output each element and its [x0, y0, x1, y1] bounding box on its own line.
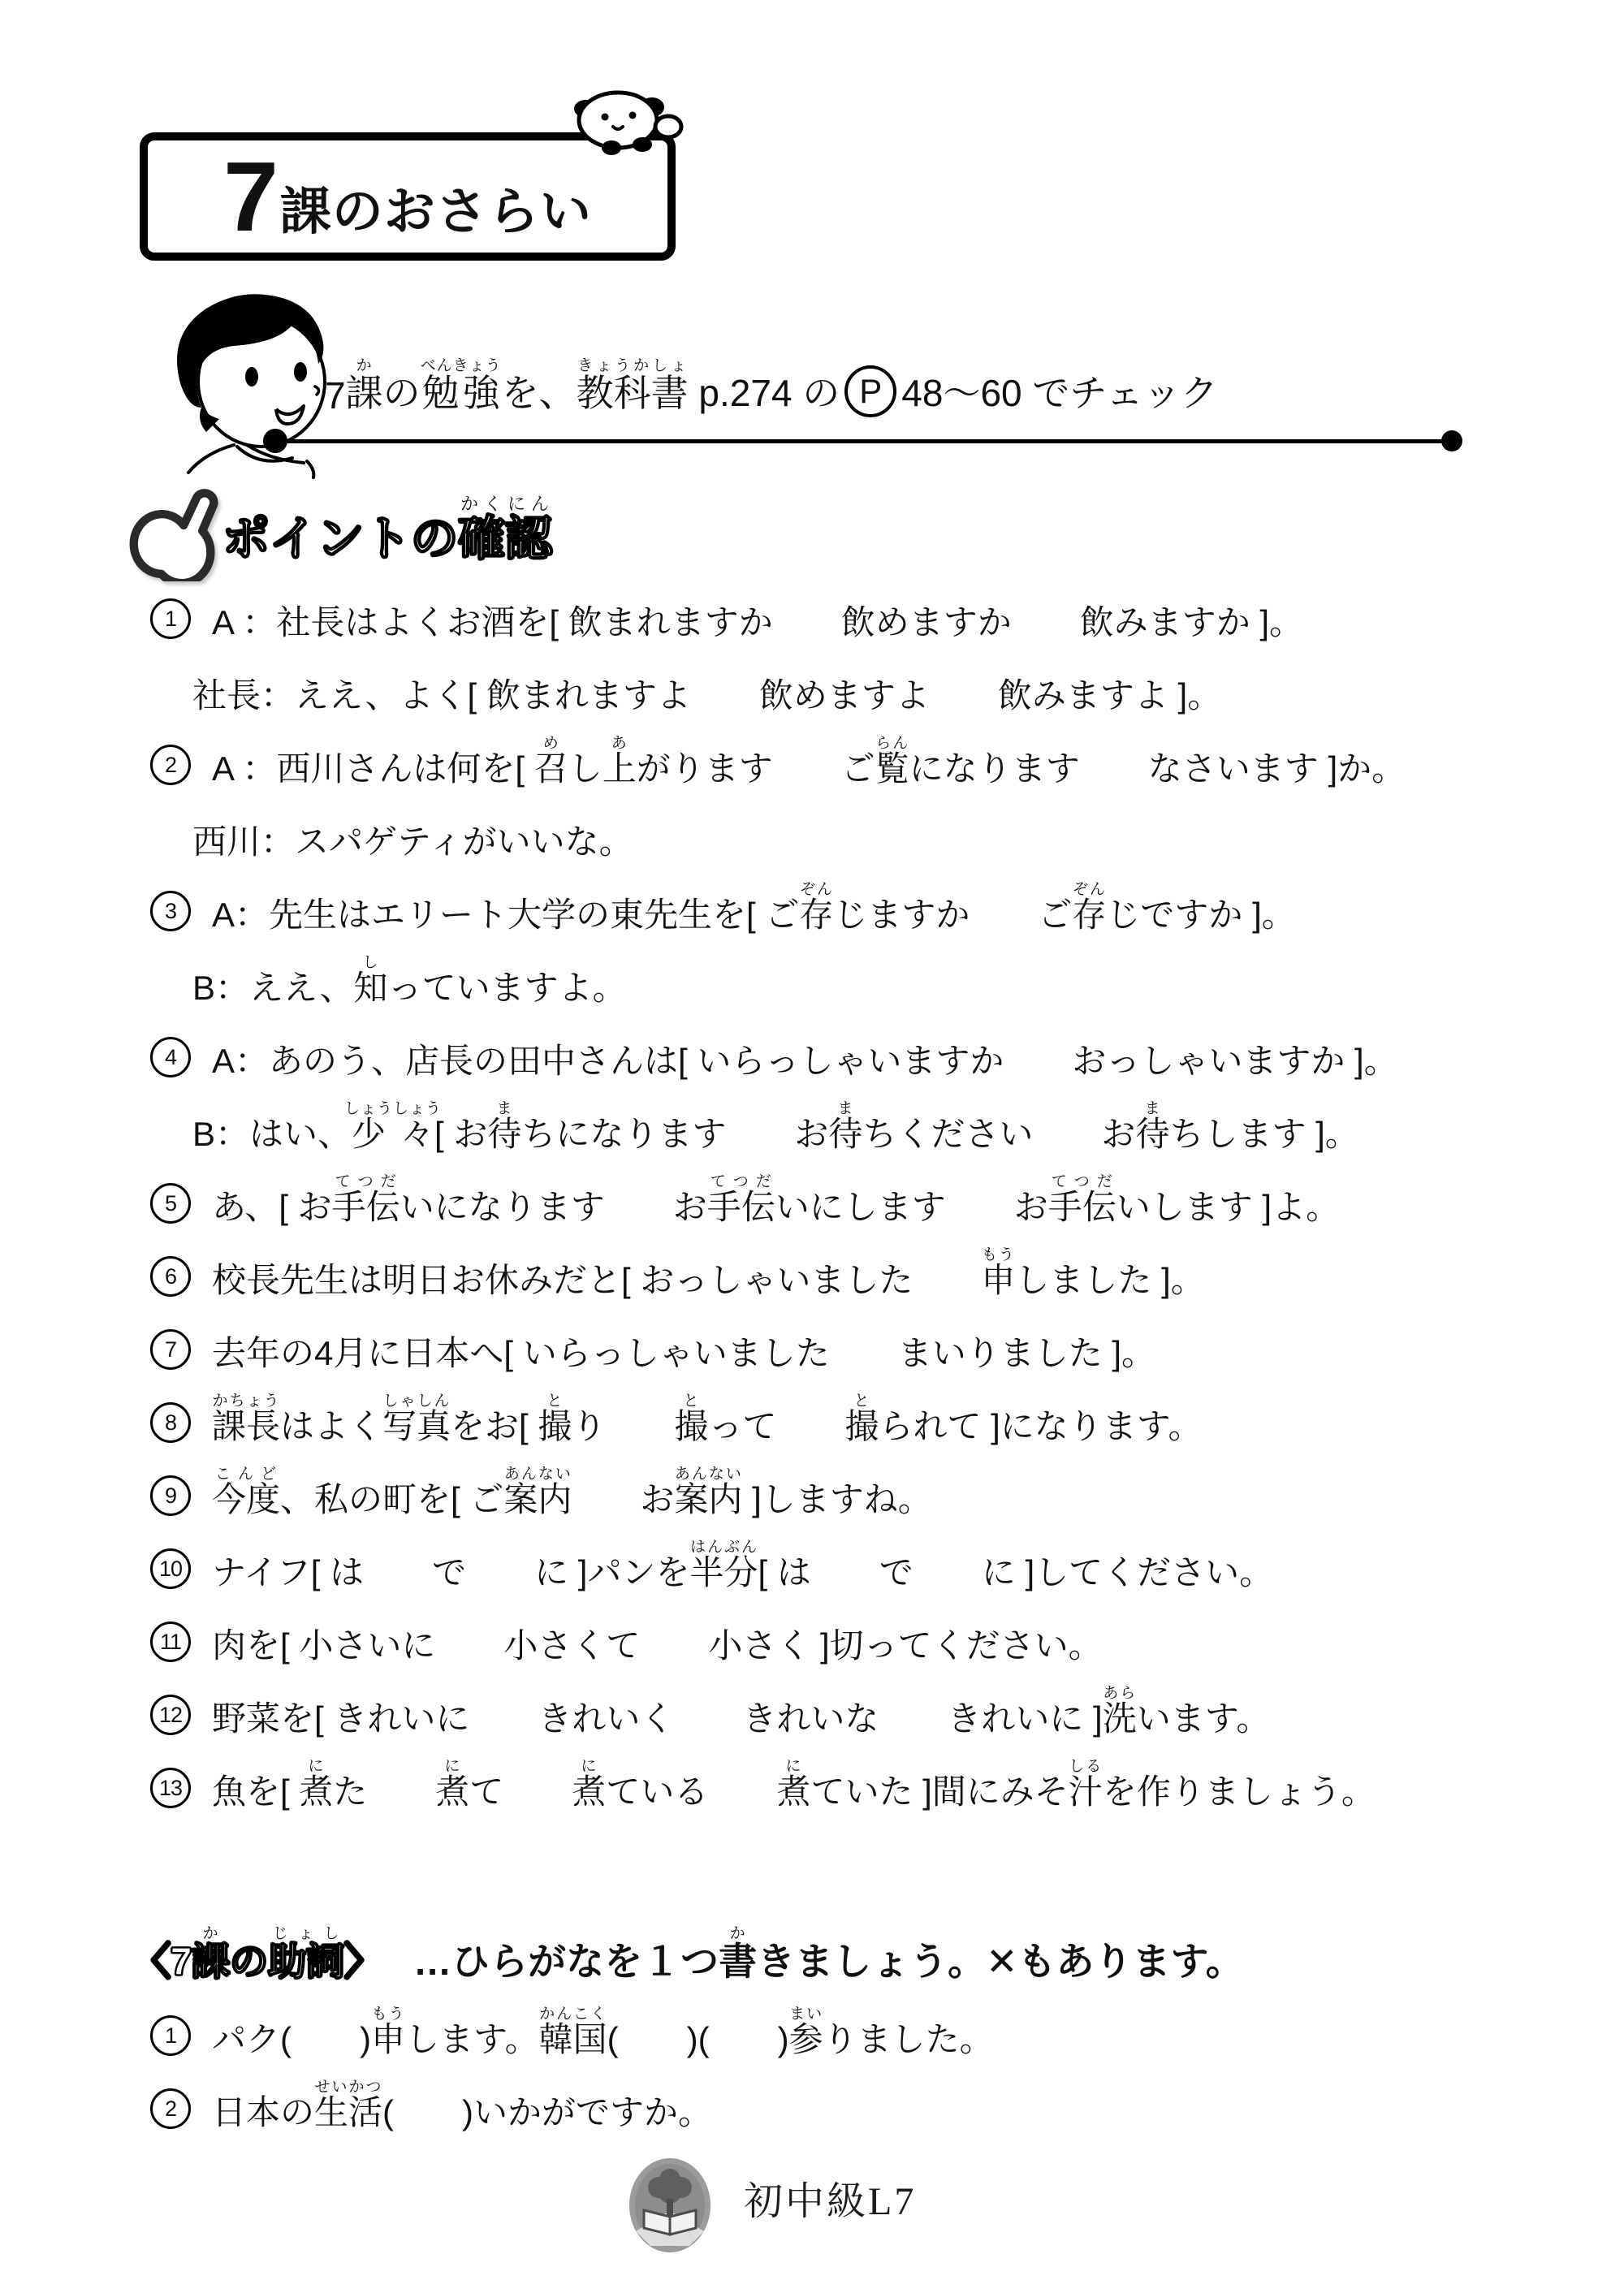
- question-text: 去年の4月に日本へ[ いらっしゃいました まいりました ]。: [212, 1334, 1155, 1372]
- question-continuation-row: 西川：スパゲティがいいな。: [150, 788, 1604, 861]
- question-number-badge: 9: [150, 1475, 191, 1516]
- points-question-list: 1A ：社長はよくお酒を[ 飲まれますか 飲めますか 飲みますか ]。社長：ええ…: [150, 568, 1604, 1811]
- question-text: 校長先生は明日お休みだと[ おっしゃいました 申もうしました ]。: [212, 1246, 1205, 1299]
- question-number-badge: 1: [150, 2015, 191, 2056]
- question-row: 9今度こんど、私の町を[ ご案内あんない お案内あんない ]しますね。: [150, 1445, 1604, 1518]
- question-text: 社長：ええ、よく[ 飲まれますよ 飲めますよ 飲みますよ ]。: [192, 676, 1221, 715]
- lesson-title: 課のおさらい: [280, 149, 592, 244]
- question-row: 12野菜を[ きれいに きれいく きれいな きれいに ]洗あらいます。: [150, 1665, 1604, 1738]
- question-row: 5あ、[ お手伝てつだいになります お手伝てつだいにします お手伝てつだいします…: [150, 1153, 1604, 1226]
- question-text: A：先生はエリート大学の東先生を[ ご存ぞんじますか ご存ぞんじですか ]。: [212, 881, 1296, 934]
- question-number-badge: 2: [150, 2088, 191, 2129]
- points-heading: ポイントの確認かくにん: [222, 487, 552, 568]
- check-instruction: 7課かの勉強べんきょうを、教科書きょうかしょ p.274 のP48〜60 でチェ…: [325, 339, 1218, 417]
- question-row: 4A：あのう、店長の田中さんは[ いらっしゃいますか おっしゃいますか ]。: [150, 1007, 1604, 1080]
- circled-char: P: [844, 365, 896, 417]
- question-number-badge: 1: [150, 598, 191, 639]
- question-row: 10ナイフ[ は で に ]パンを半分はんぶん[ は で に ]してください。: [150, 1518, 1604, 1591]
- question-continuation-row: B：はい、少々しょうしょう[ お待まちになります お待まちください お待まちしま…: [150, 1080, 1604, 1153]
- question-row: 11肉を[ 小さいに 小さくて 小さく ]切ってください。: [150, 1591, 1604, 1665]
- question-text: A ：西川さんは何を[ 召めし上あがります ご覧らんになります なさいます ]か…: [212, 735, 1406, 788]
- panda-icon: [571, 84, 685, 159]
- particles-heading-instruction: …ひらがなを１つ書かきましょう。✕もあります。: [413, 1925, 1244, 1986]
- question-row: 6校長先生は明日お休みだと[ おっしゃいました 申もうしました ]。: [150, 1226, 1604, 1299]
- question-text: B：ええ、知しっていますよ。: [192, 954, 627, 1007]
- question-row: 2日本の生活せいかつ( )いかがですか。: [150, 2058, 1531, 2131]
- question-number-badge: 6: [150, 1256, 191, 1297]
- question-text: 魚を[ 煮にた 煮にて 煮にている 煮にていた ]間にみそ汁しるを作りましょう。: [212, 1758, 1376, 1811]
- question-continuation-row: 社長：ええ、よく[ 飲まれますよ 飲めますよ 飲みますよ ]。: [150, 641, 1604, 715]
- question-row: 1パク( )申もうします。韓国かんこく( )( )参まいりました。: [150, 1985, 1531, 2058]
- particles-heading-title: 〈7課かの助詞じょし〉: [132, 1925, 382, 1986]
- question-number-badge: 5: [150, 1183, 191, 1224]
- question-row: 1A ：社長はよくお酒を[ 飲まれますか 飲めますか 飲みますか ]。: [150, 568, 1604, 641]
- question-text: 日本の生活せいかつ( )いかがですか。: [212, 2079, 712, 2131]
- question-text: 課長かちょうはよく写真しゃしんをお[ 撮とり 撮とって 撮とられて ]になります…: [212, 1393, 1202, 1445]
- question-text: パク( )申もうします。韓国かんこく( )( )参まいりました。: [212, 2006, 994, 2058]
- particles-heading: 〈7課かの助詞じょし〉 …ひらがなを１つ書かきましょう。✕もあります。: [132, 1910, 1244, 1986]
- question-text: B：はい、少々しょうしょう[ お待まちになります お待まちください お待まちしま…: [192, 1100, 1359, 1153]
- question-row: 7去年の4月に日本へ[ いらっしゃいました まいりました ]。: [150, 1299, 1604, 1372]
- question-text: 今度こんど、私の町を[ ご案内あんない お案内あんない ]しますね。: [212, 1466, 932, 1518]
- pointing-hand-icon: [128, 482, 224, 581]
- question-row: 3A：先生はエリート大学の東先生を[ ご存ぞんじますか ご存ぞんじですか ]。: [150, 861, 1604, 934]
- worksheet-page: 7 課のおさらい 7課かの勉強べんきょうを、教科書きょうかしょ p.274 のP…: [0, 0, 1624, 2293]
- question-number-badge: 13: [150, 1768, 191, 1808]
- question-text: A：あのう、店長の田中さんは[ いらっしゃいますか おっしゃいますか ]。: [212, 1042, 1398, 1080]
- question-number-badge: 3: [150, 891, 191, 931]
- header-divider: [274, 439, 1452, 443]
- question-number-badge: 10: [150, 1548, 191, 1589]
- question-text: ナイフ[ は で に ]パンを半分はんぶん[ は で に ]してください。: [212, 1539, 1273, 1591]
- question-number-badge: 2: [150, 745, 191, 785]
- question-text: 野菜を[ きれいに きれいく きれいな きれいに ]洗あらいます。: [212, 1685, 1270, 1738]
- question-text: 西川：スパゲティがいいな。: [192, 823, 633, 861]
- question-row: 2A ：西川さんは何を[ 召めし上あがります ご覧らんになります なさいます ]…: [150, 715, 1604, 788]
- lesson-number: 7: [223, 147, 277, 246]
- question-number-badge: 4: [150, 1037, 191, 1077]
- student-girl-icon: [156, 286, 349, 481]
- question-number-badge: 7: [150, 1329, 191, 1370]
- question-number-badge: 12: [150, 1695, 191, 1735]
- question-number-badge: 8: [150, 1402, 191, 1443]
- question-text: あ、[ お手伝てつだいになります お手伝てつだいにします お手伝てつだいします …: [212, 1173, 1340, 1226]
- question-continuation-row: B：ええ、知しっていますよ。: [150, 934, 1604, 1007]
- question-row: 13魚を[ 煮にた 煮にて 煮にている 煮にていた ]間にみそ汁しるを作りましょ…: [150, 1738, 1604, 1811]
- question-row: 8課長かちょうはよく写真しゃしんをお[ 撮とり 撮とって 撮とられて ]になりま…: [150, 1372, 1604, 1445]
- question-number-badge: 11: [150, 1622, 191, 1662]
- school-logo-icon: [628, 2157, 712, 2254]
- particles-question-list: 1パク( )申もうします。韓国かんこく( )( )参まいりました。2日本の生活せ…: [150, 1985, 1531, 2131]
- footer-level-label: 初中級L7: [744, 2170, 916, 2226]
- question-text: A ：社長はよくお酒を[ 飲まれますか 飲めますか 飲みますか ]。: [212, 603, 1303, 641]
- question-text: 肉を[ 小さいに 小さくて 小さく ]切ってください。: [212, 1626, 1103, 1665]
